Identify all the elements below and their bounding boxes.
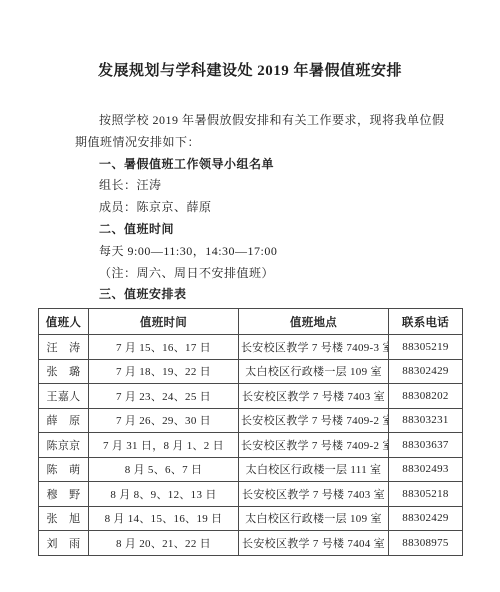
cell-phone: 88302493 [389,457,463,482]
table-row: 张 璐 7 月 18、19、22 日 太白校区行政楼一层 109 室 88302… [39,359,463,384]
intro-line-1: 按照学校 2019 年暑假放假安排和有关工作要求，现将我单位假 [75,110,427,132]
table-row: 张 旭 8 月 14、15、16、19 日 太白校区行政楼一层 109 室 88… [39,506,463,531]
leader-line: 组长：汪涛 [75,175,427,197]
cell-location: 长安校区教学 7 号楼 7404 室 [239,531,389,556]
cell-location: 长安校区教学 7 号楼 7409-2 室 [239,408,389,433]
section3-heading: 三、值班安排表 [75,284,427,306]
cell-phone: 88305219 [389,335,463,360]
cell-phone: 88303637 [389,433,463,458]
cell-name: 王嘉人 [39,384,89,409]
cell-dates: 8 月 14、15、16、19 日 [89,506,239,531]
cell-phone: 88303231 [389,408,463,433]
cell-dates: 7 月 15、16、17 日 [89,335,239,360]
cell-location: 长安校区教学 7 号楼 7403 室 [239,482,389,507]
cell-name: 张 璐 [39,359,89,384]
cell-name: 张 旭 [39,506,89,531]
cell-phone: 88308202 [389,384,463,409]
table-header-row: 值班人 值班时间 值班地点 联系电话 [39,309,463,335]
section2-heading: 二、值班时间 [75,219,427,241]
duty-schedule-table: 值班人 值班时间 值班地点 联系电话 汪 涛 7 月 15、16、17 日 长安… [38,308,463,556]
intro-line-2: 期值班情况安排如下： [75,132,427,154]
cell-name: 刘 雨 [39,531,89,556]
cell-phone: 88308975 [389,531,463,556]
table-row: 王嘉人 7 月 23、24、25 日 长安校区教学 7 号楼 7403 室 88… [39,384,463,409]
table-row: 薛 原 7 月 26、29、30 日 长安校区教学 7 号楼 7409-2 室 … [39,408,463,433]
cell-location: 太白校区行政楼一层 109 室 [239,506,389,531]
time-line: 每天 9:00—11:30，14:30—17:00 [75,241,427,263]
cell-dates: 7 月 18、19、22 日 [89,359,239,384]
members-line: 成员：陈京京、薛原 [75,197,427,219]
cell-location: 长安校区教学 7 号楼 7409-2 室 [239,433,389,458]
cell-dates: 7 月 31 日，8 月 1、2 日 [89,433,239,458]
document-page: 发展规划与学科建设处 2019 年暑假值班安排 按照学校 2019 年暑假放假安… [0,0,500,592]
cell-phone: 88305218 [389,482,463,507]
cell-dates: 7 月 23、24、25 日 [89,384,239,409]
cell-dates: 8 月 5、6、7 日 [89,457,239,482]
table-row: 穆 野 8 月 8、9、12、13 日 长安校区教学 7 号楼 7403 室 8… [39,482,463,507]
document-title: 发展规划与学科建设处 2019 年暑假值班安排 [0,61,500,81]
cell-dates: 7 月 26、29、30 日 [89,408,239,433]
table-row: 陈京京 7 月 31 日，8 月 1、2 日 长安校区教学 7 号楼 7409-… [39,433,463,458]
table-row: 刘 雨 8 月 20、21、22 日 长安校区教学 7 号楼 7404 室 88… [39,531,463,556]
header-cell-location: 值班地点 [239,309,389,335]
cell-location: 太白校区行政楼一层 109 室 [239,359,389,384]
cell-dates: 8 月 8、9、12、13 日 [89,482,239,507]
cell-location: 太白校区行政楼一层 111 室 [239,457,389,482]
header-cell-dates: 值班时间 [89,309,239,335]
document-body: 按照学校 2019 年暑假放假安排和有关工作要求，现将我单位假 期值班情况安排如… [75,110,427,306]
table-row: 汪 涛 7 月 15、16、17 日 长安校区教学 7 号楼 7409-3 室 … [39,335,463,360]
cell-dates: 8 月 20、21、22 日 [89,531,239,556]
cell-name: 汪 涛 [39,335,89,360]
cell-phone: 88302429 [389,359,463,384]
cell-name: 陈 萌 [39,457,89,482]
table-row: 陈 萌 8 月 5、6、7 日 太白校区行政楼一层 111 室 88302493 [39,457,463,482]
header-cell-person: 值班人 [39,309,89,335]
cell-name: 陈京京 [39,433,89,458]
cell-name: 薛 原 [39,408,89,433]
cell-location: 长安校区教学 7 号楼 7409-3 室 [239,335,389,360]
cell-phone: 88302429 [389,506,463,531]
cell-name: 穆 野 [39,482,89,507]
note-line: （注：周六、周日不安排值班） [75,263,427,285]
header-cell-phone: 联系电话 [389,309,463,335]
section1-heading: 一、暑假值班工作领导小组名单 [75,154,427,176]
cell-location: 长安校区教学 7 号楼 7403 室 [239,384,389,409]
